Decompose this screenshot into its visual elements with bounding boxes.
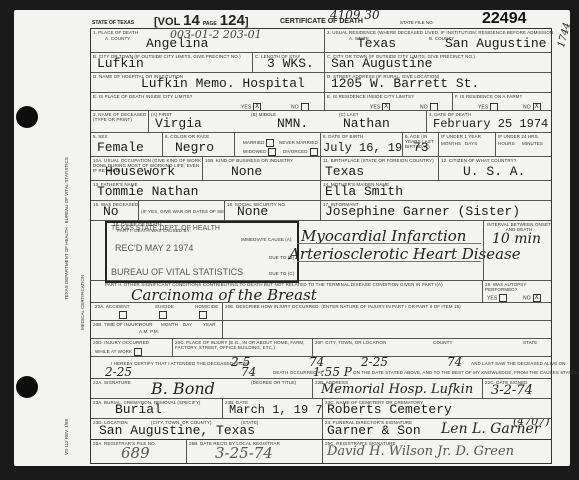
burial-date-value: March 1, 19 74 (229, 403, 323, 417)
residence-city-cell: c. CITY OR TOWN (If outside city limits,… (325, 53, 553, 72)
registrar-row: 25a. REGISTRAR'S FILE NO. 689 25b. DATE … (90, 440, 552, 464)
punch-hole (16, 106, 38, 128)
place-inside-yes-checkbox[interactable]: X (253, 103, 261, 110)
middle-name-cell: (b) Middle NMN. (249, 111, 337, 132)
row-signature: 22a. SIGNATURE (Degree or title) B. Bond… (91, 379, 551, 399)
middle-name-value: NMN. (277, 116, 308, 131)
funeral-home-value: Garner & Son (327, 423, 421, 438)
date-of-death-value: February 25 1974 (433, 117, 548, 131)
hospital-value: Lufkin Memo. Hospital (141, 76, 305, 91)
row-city: b. CITY OR TOWN (If outside city limits,… (91, 53, 551, 73)
residence-inside-limits-cell: e. IS RESIDENCE INSIDE CITY LIMITS? YESX… (325, 93, 453, 110)
place-county-value: Angelina (146, 36, 208, 51)
state-file-number: 22494 (482, 10, 527, 28)
residence-state-county-cell: 2. USUAL RESIDENCE (Where deceased lived… (325, 29, 553, 52)
autopsy-no-checkbox[interactable]: X (533, 294, 541, 302)
marital-status-cell: Married Never MarriedX Widowed Divorced (235, 133, 321, 156)
armed-forces-value: No (103, 204, 119, 219)
date-signed: 3-2-74 (491, 383, 533, 398)
first-name-value: Virgia (155, 116, 202, 131)
armed-forces-cell: 15. WAS DECEASED EVER IN U.S. ARMED FORC… (91, 201, 139, 220)
page-number: 124 (220, 12, 245, 29)
row-accident: 20a. ACCIDENT SUICIDE HOMICIDE 20e. DESC… (91, 303, 551, 321)
birthplace-value: Texas (325, 164, 364, 179)
race-value: Negro (175, 140, 214, 155)
place-city-value: Lufkin (97, 56, 144, 71)
while-at-work-checkbox[interactable] (134, 348, 142, 356)
vol-number: 14 (183, 12, 200, 29)
row-cause-of-death: TEXAS STATE DEPT. OF HEALTH REC'D MAY 2 … (91, 221, 551, 281)
sex-cell: 5. SEX Female (91, 133, 163, 156)
row-armed-forces: 15. WAS DECEASED EVER IN U.S. ARMED FORC… (91, 201, 551, 221)
row-part-two: PART II. OTHER SIGNIFICANT CONDITIONS CO… (91, 281, 551, 303)
residence-county-value: San Augustine (445, 36, 546, 51)
form-number: VS-112 REV. 1/68 (64, 419, 69, 455)
row-place-residence: 1. PLACE OF DEATH a. COUNTY Angelina 2. … (91, 29, 551, 53)
state-label: STATE OF TEXAS (92, 20, 134, 26)
row-time-of-injury: 20b. TIME OF INJURY Hour Month Day Year … (91, 321, 551, 339)
residence-city-value: San Augustine (331, 56, 432, 71)
department-margin-text: TEXAS DEPARTMENT OF HEALTH - BUREAU OF V… (64, 157, 69, 300)
state-file-label: STATE FILE NO. (400, 20, 434, 25)
registrar-signature: David H. Wilson Jr. D. Green (327, 444, 514, 459)
suicide-checkbox[interactable] (159, 311, 167, 319)
registrar-file-number: 689 (121, 444, 150, 462)
date-of-death-cell: 4. DATE OF DEATH February 25 1974 (427, 111, 553, 132)
autopsy-yes-checkbox[interactable] (499, 294, 507, 302)
burial-location-value: San Augustine, Texas (99, 423, 255, 438)
mother-value: Ella Smith (325, 184, 403, 199)
divorced-checkbox[interactable] (310, 148, 318, 156)
physician-signature: B. Bond (151, 379, 215, 398)
funeral-director-number: (4707) (513, 419, 550, 428)
handwritten-top-number: 4109 30 (330, 8, 380, 22)
father-cell: 13. FATHER'S NAME Tommie Nathan (91, 181, 321, 200)
row-sex-race: 5. SEX Female 6. COLOR OR RACE Negro Mar… (91, 133, 551, 157)
length-of-stay-cell: c. LENGTH OF STAY 3 WKS. (253, 53, 325, 72)
place-city-cell: b. CITY OR TOWN (If outside city limits,… (91, 53, 253, 72)
row-burial: 23a. BURIAL, CREMATION, REMOVAL (Specify… (91, 399, 551, 419)
occupation-cell: 10a. USUAL OCCUPATION (Give kind of work… (91, 157, 203, 180)
registrar-date: 3-25-74 (215, 444, 273, 462)
dob-value: July 16, 1900 (323, 141, 403, 155)
accident-checkbox[interactable] (119, 311, 127, 319)
cemetery-value: Roberts Cemetery (327, 402, 452, 417)
burial-value: Burial (115, 402, 162, 417)
first-name-cell: (a) First Virgia (149, 111, 249, 132)
part-two-value: Carcinoma of the Breast (131, 286, 317, 302)
place-inside-limits-cell: e. IS PLACE OF DEATH INSIDE CITY LIMITS?… (91, 93, 325, 110)
farm-no-checkbox[interactable]: X (533, 103, 541, 110)
certificate-form: 1. PLACE OF DEATH a. COUNTY Angelina 2. … (90, 28, 552, 440)
race-cell: 6. COLOR OR RACE Negro (163, 133, 235, 156)
ssn-value: None (237, 204, 268, 219)
ssn-cell: 16. SOCIAL SECURITY NO. None (225, 201, 321, 220)
age-cell: 9. AGE (in years last birthday) 73 (403, 133, 439, 156)
place-county-cell: 1. PLACE OF DEATH a. COUNTY Angelina (91, 29, 325, 52)
occupation-value: Housework (105, 164, 175, 179)
physician-address: Memorial Hosp. Lufkin (321, 382, 473, 397)
father-value: Tommie Nathan (97, 184, 198, 199)
attended-to: 2-25 (361, 355, 388, 369)
length-of-stay-value: 3 WKS. (267, 56, 314, 71)
row-location: 23d. LOCATION (City, town, or county) (S… (91, 419, 551, 439)
mother-cell: 14. MOTHER'S MAIDEN NAME Ella Smith (321, 181, 553, 200)
death-time: 1:55 P (313, 365, 352, 379)
farm-yes-checkbox[interactable] (490, 103, 498, 110)
residence-state-value: Texas (357, 36, 396, 51)
punch-hole (16, 376, 38, 398)
page-label: PAGE (203, 21, 217, 27)
age-value: 73 (413, 140, 429, 155)
sex-value: Female (97, 140, 144, 155)
industry-value: None (231, 164, 262, 179)
informant-value: Josephine Garner (Sister) (325, 204, 520, 219)
last-saw-date: 2-25 (105, 365, 132, 379)
autopsy-cell: 19. WAS AUTOPSY PERFORMED? YES NOX (483, 281, 553, 302)
row-parents: 13. FATHER'S NAME Tommie Nathan 14. MOTH… (91, 181, 551, 201)
last-name-cell: (c) Last Nathan (337, 111, 427, 132)
row-name: 3. NAME OF DECEASED (Type or print) (a) … (91, 111, 551, 133)
widowed-checkbox[interactable] (268, 148, 276, 156)
year-to: 74 (447, 355, 462, 369)
citizen-cell: 12. CITIZEN OF WHAT COUNTRY? U. S. A. (439, 157, 553, 180)
birthplace-cell: 11. BIRTHPLACE (State or foreign country… (321, 157, 439, 180)
medical-certification-side-label: MEDICAL CERTIFICATION (80, 275, 85, 330)
row-hospital: d. NAME OF HOSPITAL OR INSTITUTION Lufki… (91, 73, 551, 93)
informant-cell: 17. INFORMANT Josephine Garner (Sister) (321, 201, 553, 220)
residence-inside-yes-checkbox[interactable]: X (382, 103, 390, 110)
street-value: 1205 W. Barrett St. (331, 76, 479, 91)
place-inside-no-checkbox[interactable] (301, 103, 309, 110)
residence-inside-no-checkbox[interactable] (430, 103, 438, 110)
row-occupation: 10a. USUAL OCCUPATION (Give kind of work… (91, 157, 551, 181)
volume-box: [VOL 14 PAGE 124] (154, 12, 248, 29)
vol-label: VOL (158, 16, 180, 28)
farm-cell: f. IS RESIDENCE ON A FARM? YES NOX (453, 93, 553, 110)
hospital-cell: d. NAME OF HOSPITAL OR INSTITUTION Lufki… (91, 73, 325, 92)
last-name-value: Nathan (343, 116, 390, 131)
married-checkbox[interactable] (266, 139, 274, 147)
row-city-limits: e. IS PLACE OF DEATH INSIDE CITY LIMITS?… (91, 93, 551, 111)
industry-cell: 10b. KIND OF BUSINESS OR INDUSTRY None (203, 157, 321, 180)
row-certification: I hereby certify that I attended the dec… (91, 357, 551, 379)
dob-cell: 8. DATE OF BIRTH July 16, 1900 (321, 133, 403, 156)
street-cell: d. STREET ADDRESS (If rural, give locati… (325, 73, 553, 92)
interval-value: 10 min (492, 231, 541, 247)
citizen-value: U. S. A. (463, 164, 525, 179)
homicide-checkbox[interactable] (199, 311, 207, 319)
year-saw: 74 (241, 365, 256, 379)
